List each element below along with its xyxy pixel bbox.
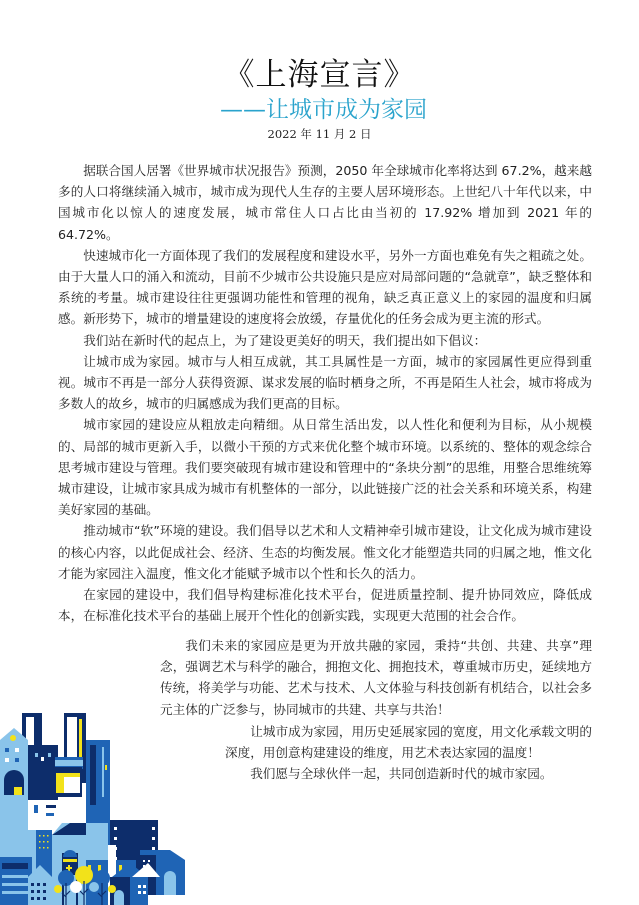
paragraph: 我们站在新时代的起点上，为了建设更美好的明天，我们提出如下倡议：: [58, 330, 592, 351]
closing-paragraph-block: 让城市成为家园，用历史延展家园的宽度，用文化承载文明的深度，用创意构建建设的维度…: [225, 721, 592, 785]
paragraph: 让城市成为家园。城市与人相互成就，其工具属性是一方面，城市的家园属性更应得到重视…: [58, 351, 592, 415]
paragraph: 推动城市“软”环境的建设。我们倡导以艺术和人文精神牵引城市建设，让文化成为城市建…: [58, 520, 592, 584]
document-title: 《上海宣言》: [0, 56, 639, 94]
document-subtitle: ——让城市成为家园: [0, 95, 639, 125]
paragraph: 我们愿与全球伙伴一起，共同创造新时代的城市家园。: [225, 763, 592, 784]
city-skyline-illustration: [0, 705, 190, 905]
document-body: 据联合国人居署《世界城市状况报告》预测，2050 年全球城市化率将达到 67.2…: [58, 160, 592, 626]
paragraph: 在家园的建设中，我们倡导构建标准化技术平台，促进质量控制、提升协同效应，降低成本…: [58, 584, 592, 626]
paragraph: 让城市成为家园，用历史延展家园的宽度，用文化承载文明的深度，用创意构建建设的维度…: [225, 721, 592, 763]
paragraph: 城市家园的建设应从粗放走向精细。从日常生活出发，以人性化和便利为目标，从小规模的…: [58, 414, 592, 520]
vision-paragraph-block: 我们未来的家园应是更为开放共融的家园，秉持“共创、共建、共享”理念，强调艺术与科…: [160, 635, 592, 720]
paragraph: 我们未来的家园应是更为开放共融的家园，秉持“共创、共建、共享”理念，强调艺术与科…: [160, 635, 592, 720]
document-date: 2022 年 11 月 2 日: [0, 126, 639, 142]
paragraph: 据联合国人居署《世界城市状况报告》预测，2050 年全球城市化率将达到 67.2…: [58, 160, 592, 245]
paragraph: 快速城市化一方面体现了我们的发展程度和建设水平，另外一方面也难免有失之粗疏之处。…: [58, 245, 592, 330]
